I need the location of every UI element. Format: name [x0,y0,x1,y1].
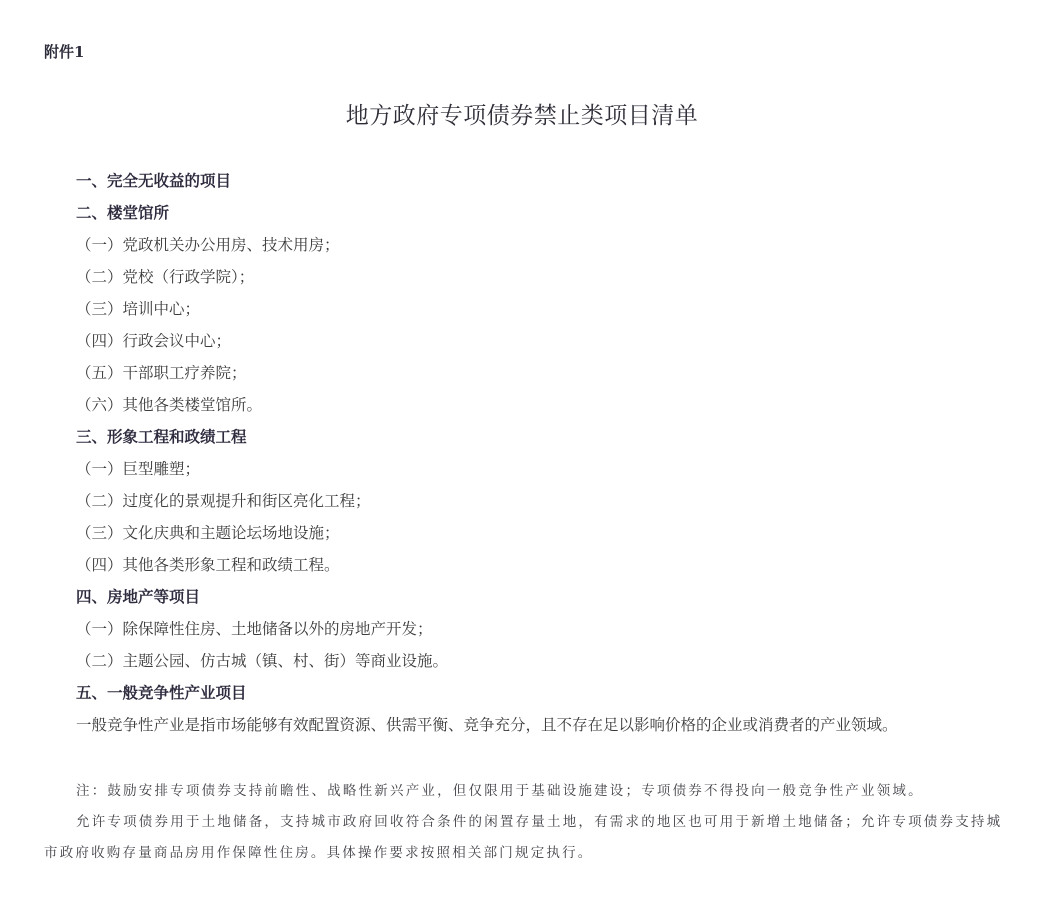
document-title: 地方政府专项债券禁止类项目清单 [0,100,1044,132]
section-heading-1: 一、完全无收益的项目 [76,168,1016,200]
note-paragraph-2: 允许专项债券用于土地储备，支持城市政府回收符合条件的闲置存量土地，有需求的地区也… [44,807,1004,869]
section-paragraph: 一般竞争性产业是指市场能够有效配置资源、供需平衡、竞争充分，且不存在足以影响价格… [76,712,1016,744]
list-item: （六）其他各类楼堂馆所。 [76,392,1016,424]
list-item: （三）文化庆典和主题论坛场地设施； [76,520,1016,552]
list-item: （二）主题公园、仿古城（镇、村、街）等商业设施。 [76,648,1016,680]
list-item: （五）干部职工疗养院； [76,360,1016,392]
list-item: （二）党校（行政学院）； [76,264,1016,296]
list-item: （一）巨型雕塑； [76,456,1016,488]
section-heading-4: 四、房地产等项目 [76,584,1016,616]
section-heading-3: 三、形象工程和政绩工程 [76,424,1016,456]
list-item: （四）行政会议中心； [76,328,1016,360]
list-item: （二）过度化的景观提升和街区亮化工程； [76,488,1016,520]
note-paragraph-2-text: 允许专项债券用于土地储备，支持城市政府回收符合条件的闲置存量土地，有需求的地区也… [44,814,1002,861]
list-item: （四）其他各类形象工程和政绩工程。 [76,552,1016,584]
section-heading-5: 五、一般竞争性产业项目 [76,680,1016,712]
list-item: （一）除保障性住房、土地储备以外的房地产开发； [76,616,1016,648]
notes-block: 注：鼓励安排专项债券支持前瞻性、战略性新兴产业，但仅限用于基础设施建设；专项债券… [76,776,996,869]
section-heading-2: 二、楼堂馆所 [76,200,1016,232]
list-item: （一）党政机关办公用房、技术用房； [76,232,1016,264]
list-item: （三）培训中心； [76,296,1016,328]
attachment-label: 附件1 [44,42,84,62]
prohibited-project-list: 一、完全无收益的项目 二、楼堂馆所 （一）党政机关办公用房、技术用房； （二）党… [76,168,1016,744]
note-paragraph-1: 注：鼓励安排专项债券支持前瞻性、战略性新兴产业，但仅限用于基础设施建设；专项债券… [76,776,996,807]
